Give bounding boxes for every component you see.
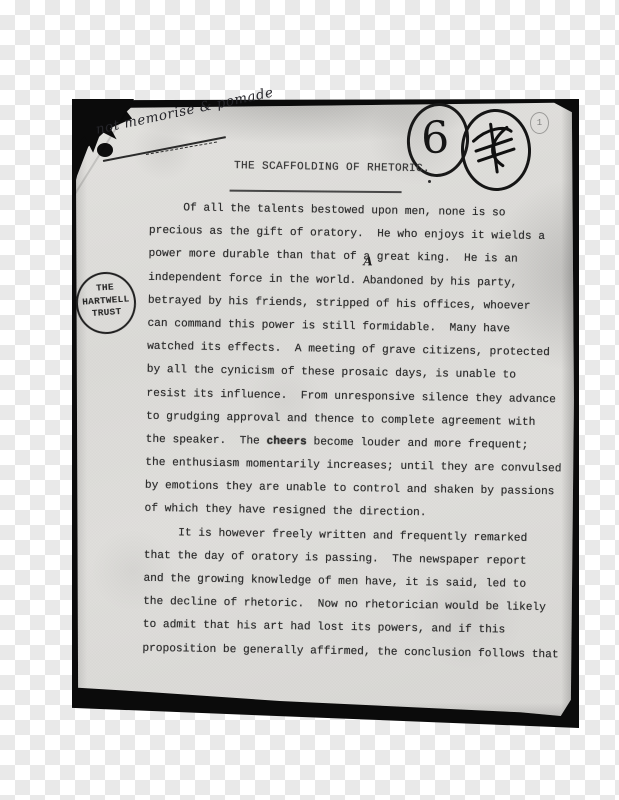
page-title: THE SCAFFOLDING OF RHETORIC.	[234, 160, 430, 175]
typed-segment: the speaker. The	[146, 434, 267, 448]
typed-content: THE SCAFFOLDING OF RHETORIC. A Of all th…	[136, 147, 564, 694]
pencil-corner-mark: 1	[530, 112, 549, 134]
typed-segment: become louder and more frequent;	[307, 436, 529, 451]
title-underline	[230, 190, 402, 194]
body-text: Of all the talents bestowed upon men, no…	[142, 197, 555, 667]
overtyped-word: cheers	[266, 436, 306, 449]
transparency-checkerboard: not memorise & pomade 6 1 THE HARTWELL T…	[0, 0, 619, 800]
